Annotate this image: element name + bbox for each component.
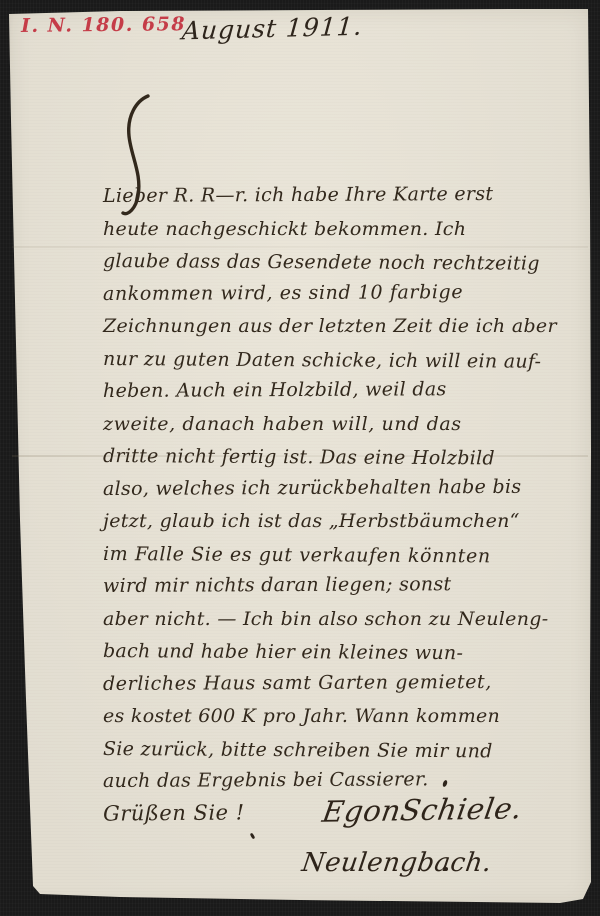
- letter-line: zweite, danach haben will, und das: [103, 408, 523, 441]
- letter-line: heute nachgeschickt bekommen. Ich: [103, 213, 523, 246]
- letter-line: heben. Auch ein Holzbild, weil das: [103, 373, 523, 408]
- ink-speck: [444, 867, 448, 871]
- letter-line: Lieber R. R—r. ich habe Ihre Karte erst: [103, 178, 523, 213]
- letter-line: es kostet 600 K pro Jahr. Wann kommen: [103, 700, 523, 733]
- place-line: Neulengbach.: [300, 848, 494, 878]
- letter-line: Zeichnungen aus der letzten Zeit die ich…: [103, 310, 523, 343]
- closing-greeting: Grüßen Sie !: [103, 800, 245, 825]
- scan-background-mat: I. N. 180. 658 August 1911. Lieber R. R—…: [0, 0, 600, 916]
- letter-body: Lieber R. R—r. ich habe Ihre Karte erst …: [103, 180, 523, 798]
- archive-inventory-number: I. N. 180. 658: [21, 13, 201, 37]
- letter-line: derliches Haus samt Garten gemietet,: [103, 665, 523, 700]
- letter-line: jetzt, glaub ich ist das „Herbstbäumchen…: [103, 505, 523, 538]
- letter-line: aber nicht. — Ich bin also schon zu Neul…: [103, 603, 523, 636]
- signature: EgonSchiele.: [320, 791, 525, 828]
- letter-line: wird mir nichts daran liegen; sonst: [103, 568, 523, 603]
- letter-line: glaube dass das Gesendete noch rechtzeit…: [103, 245, 523, 280]
- letter-line: also, welches ich zurückbehalten habe bi…: [103, 470, 523, 505]
- letter-line: bach und habe hier ein kleines wun-: [103, 635, 523, 670]
- date-line: August 1911.: [181, 12, 364, 46]
- closing-row: Grüßen Sie ! EgonSchiele.: [103, 793, 533, 827]
- letter-line: dritte nicht fertig ist. Das eine Holzbi…: [103, 440, 523, 475]
- letter-line: ankommen wird, es sind 10 farbige: [103, 275, 523, 310]
